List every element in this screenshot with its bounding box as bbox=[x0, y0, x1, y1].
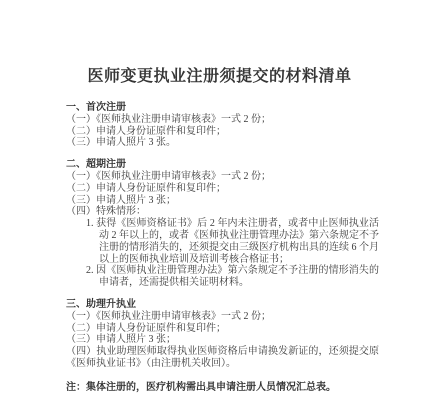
list-item: （三）申请人照片 3 张。 bbox=[66, 137, 379, 149]
list-item: （二）申请人身份证原件和复印件； bbox=[66, 126, 379, 138]
list-item: （三）申请人照片 3 张； bbox=[66, 195, 379, 207]
section-heading: 一、首次注册 bbox=[66, 102, 379, 114]
list-item: （一）《医师执业注册申请审核表》一式 2 份； bbox=[66, 114, 379, 126]
list-item: （一）《医师执业注册申请审核表》一式 2 份； bbox=[66, 171, 379, 183]
list-item: （二）申请人身份证原件和复印件； bbox=[66, 183, 379, 195]
list-item: （四）执业助理医师取得执业医师资格后申请换发新证的，还须提交原《医师执业证书》（… bbox=[66, 346, 379, 370]
note-text: 注：集体注册的，医疗机构需出具申请注册人员情况汇总表。 bbox=[66, 382, 379, 394]
document-body: 一、首次注册（一）《医师执业注册申请审核表》一式 2 份；（二）申请人身份证原件… bbox=[66, 102, 379, 370]
document-page: 医师变更执业注册须提交的材料清单 一、首次注册（一）《医师执业注册申请审核表》一… bbox=[0, 0, 439, 400]
sub-list-item: 1. 获得《医师资格证书》后 2 年内未注册者，或者中止医师执业活动 2 年以上… bbox=[66, 218, 379, 265]
list-item: （二）申请人身份证原件和复印件； bbox=[66, 323, 379, 335]
list-item: （四）特殊情形： bbox=[66, 206, 379, 218]
section-heading: 二、超期注册 bbox=[66, 159, 379, 171]
section-heading: 三、助理升执业 bbox=[66, 299, 379, 311]
sub-list-item: 2. 因《医师执业注册管理办法》第六条规定不予注册的情形消失的申请者，还需提供相… bbox=[66, 265, 379, 289]
section: 二、超期注册（一）《医师执业注册申请审核表》一式 2 份；（二）申请人身份证原件… bbox=[66, 159, 379, 289]
section: 三、助理升执业（一）《医师执业注册申请审核表》一式 2 份；（二）申请人身份证原… bbox=[66, 299, 379, 370]
section: 一、首次注册（一）《医师执业注册申请审核表》一式 2 份；（二）申请人身份证原件… bbox=[66, 102, 379, 149]
list-item: （一）《医师执业注册申请审核表》一式 2 份； bbox=[66, 311, 379, 323]
list-item: （三）申请人照片 3 张； bbox=[66, 334, 379, 346]
document-title: 医师变更执业注册须提交的材料清单 bbox=[0, 0, 439, 86]
sub-list: 1. 获得《医师资格证书》后 2 年内未注册者，或者中止医师执业活动 2 年以上… bbox=[66, 218, 379, 289]
